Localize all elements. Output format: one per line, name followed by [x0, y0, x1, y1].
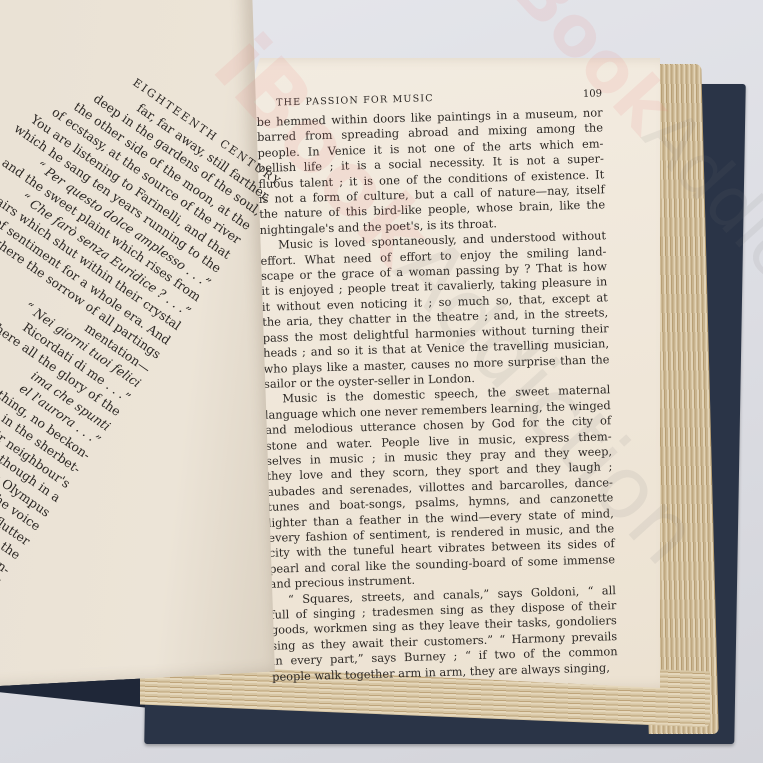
page-number: 109 — [583, 88, 602, 100]
book-photo: THE PASSION FOR MUSIC 109 be hemmed with… — [0, 0, 763, 763]
right-page-content: THE PASSION FOR MUSIC 109 be hemmed with… — [256, 88, 618, 684]
body-text: be hemmed within doors like paintings in… — [256, 105, 618, 684]
